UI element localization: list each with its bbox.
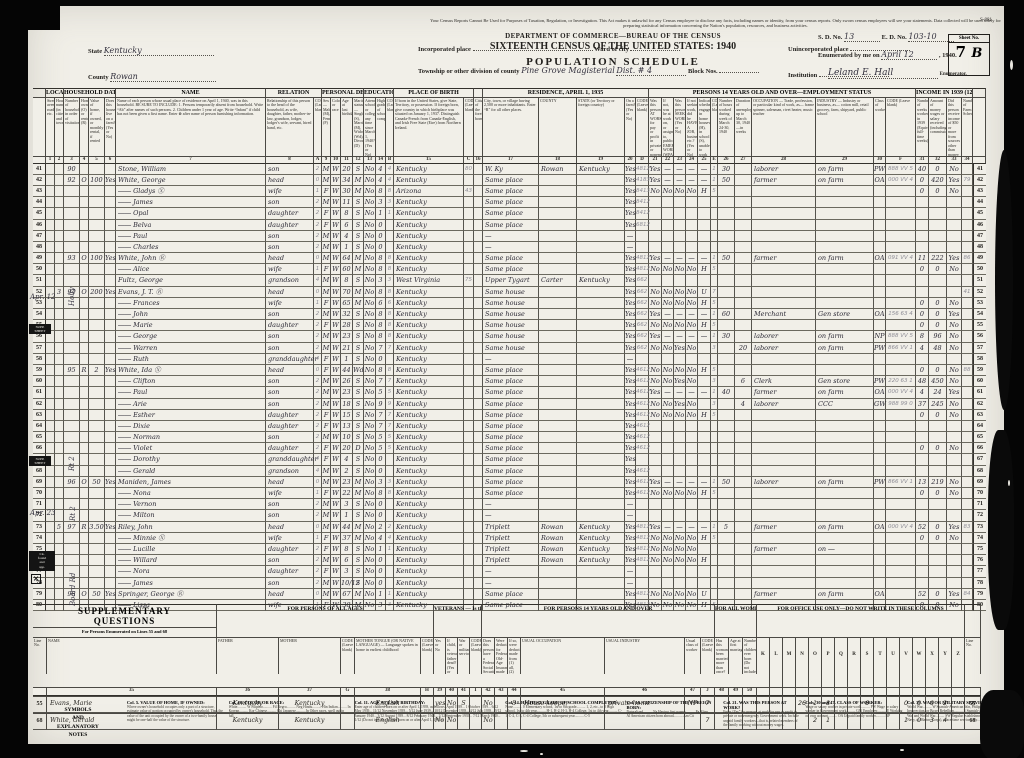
table-row: 65―― Normanson2MW10SNo55KentuckySame pla… [33,432,999,443]
cell [55,387,64,398]
cell: Triplett [483,555,539,566]
cell: 48 [929,343,947,354]
cell: 4 [376,175,386,186]
cell: S [353,544,364,555]
cell: Yes [105,253,116,264]
cell: 8 [376,287,386,298]
supp-column-head: FATHER [217,637,279,674]
cell: 30 [341,186,353,197]
table-row: 52394O200YesEvans, J. T. Ⓡhead0MW70MNo88… [33,287,999,298]
cell [735,220,752,231]
cell: 3 [711,343,718,354]
cell [874,555,886,566]
cell [464,544,474,555]
cell [80,410,89,421]
cell [962,208,973,219]
cell [105,555,116,566]
cell [474,533,483,544]
sheet-number-box: Sheet No. 7 B [948,34,990,76]
enumerator-signature: Leland E. Hall [828,68,938,79]
cell: farmer [752,387,816,398]
cell [55,454,64,465]
cell: W [331,208,341,219]
cell [539,432,577,443]
cell: 1 [341,510,353,521]
cell: 0 [916,175,929,186]
cell [711,432,718,443]
cell [698,275,711,286]
cell [962,264,973,275]
cell [105,454,116,465]
supp-column-head: X [926,637,939,687]
column-number: 18 [539,156,577,164]
cell: No [674,488,686,499]
cell: S [353,432,364,443]
table-row: 53―― Franceswife1FW65MNo66KentuckySame h… [33,298,999,309]
line-number: 50 [973,264,986,275]
cell: on farm [816,164,874,175]
scan-border-left [0,0,28,758]
cell [916,208,929,219]
cell: Yes [649,522,662,533]
cell [474,477,483,488]
cell [929,566,947,577]
cell [89,578,105,589]
cell: 21 [341,343,353,354]
cell: — [662,164,674,175]
cell: Same house [483,343,539,354]
cell: Same place [483,387,539,398]
cell [662,275,674,286]
column-subhead: Was this person SEEKING WORK? (Yes or No… [674,97,686,156]
cell [80,387,89,398]
cell [735,331,752,342]
line-number: 55 [973,320,986,331]
cell [539,242,577,253]
cell: 4812 [636,164,649,175]
supp-column-head: Z [952,637,965,687]
cell: M [353,477,364,488]
cell: — [662,253,674,264]
cell: F [322,365,331,376]
cell [962,432,973,443]
cell: 0 [929,320,947,331]
cell: 5 [718,522,735,533]
cell: daughter [266,544,314,555]
cell [464,410,474,421]
cell: No [364,231,376,242]
cell: No [364,343,376,354]
cell [64,544,80,555]
column-number: 10 [331,156,341,164]
scan-blot-3 [980,690,1024,758]
cell: 96 [929,331,947,342]
cell [577,331,625,342]
cell: Yes [625,175,636,186]
cell [874,578,886,589]
column-group-label: NAME [116,88,266,97]
cell: son [266,343,314,354]
cell [55,175,64,186]
line-number: 74 [973,533,986,544]
cell: Yes [625,432,636,443]
column-number: 26 [718,156,735,164]
cell: 0 [314,589,322,600]
cell [464,432,474,443]
cell [55,589,64,600]
cell [64,264,80,275]
cell [89,298,105,309]
cell [386,231,394,242]
cell [539,387,577,398]
cell [752,578,816,589]
cell: 0 [916,186,929,197]
cell: 7 [386,410,394,421]
cell: 0 [916,264,929,275]
supp-column-head: CODE (Leave blank) [470,637,482,674]
column-number: 19 [577,156,625,164]
cell: H [698,186,711,197]
cell: Kentucky [394,578,464,589]
cell: White, George [116,175,266,186]
cell: 662 [636,298,649,309]
cell: M [322,510,331,521]
cell: 5 [711,264,718,275]
cell [686,432,698,443]
cell [886,499,916,510]
cell [46,197,55,208]
cell: 2 [89,365,105,376]
column-subhead: Street, avenue, road, etc. [46,97,55,156]
cell: S [353,399,364,410]
cell: ―― Arie [116,399,266,410]
column-number: 31 [916,156,929,164]
cell: — [686,331,698,342]
cell [735,578,752,589]
cell: No [674,298,686,309]
column-number: 16 [474,156,483,164]
banner-women: FOR ALL WOMEN WHO ARE OR HAVE BEEN MARRI… [715,604,757,637]
cell: 0 [314,477,322,488]
cell: 4612 [636,410,649,421]
cell [916,220,929,231]
cell: No [662,343,674,354]
cell: 0 [314,287,322,298]
cell [80,488,89,499]
cell: Carter [539,275,577,286]
cell: 2 [341,466,353,477]
cell: 000 VV 4 [886,387,916,398]
cell: 4812 [636,253,649,264]
cell: — [483,231,539,242]
cell: 13 [341,421,353,432]
column-number: 1 [46,156,55,164]
cell [577,365,625,376]
county-value: Rowan [110,72,216,82]
cell [464,231,474,242]
cell [698,566,711,577]
cell: 5 [376,443,386,454]
cell [947,544,962,555]
cell [55,242,64,253]
cell: ―― Dorothy [116,454,266,465]
cell [539,331,577,342]
cell [474,488,483,499]
cell: farmer [752,544,816,555]
cell [735,309,752,320]
cell: 1 [711,164,718,175]
table-row: 77―― Noradaughter2FW3SNo0Kentucky——77 [33,566,999,577]
cell: 4 [314,275,322,286]
cell [55,298,64,309]
column-subhead: If not, was he at work on, or assigned t… [662,97,674,156]
cell [916,231,929,242]
cell [80,186,89,197]
cell [636,566,649,577]
cell [662,578,674,589]
supp-column-head: Number of children ever born (Do not inc… [743,637,757,674]
cell [539,466,577,477]
cell: Yes [625,410,636,421]
cell: Yes [625,387,636,398]
cell [711,208,718,219]
cell [649,454,662,465]
cell: ―― Willard [116,555,266,566]
cell: 4 [376,164,386,175]
cell: No [947,365,962,376]
line-number: 56 [973,331,986,342]
cell [577,220,625,231]
cell [916,275,929,286]
cell [886,533,916,544]
cell [464,499,474,510]
cell [64,533,80,544]
cell [64,399,80,410]
cell [474,410,483,421]
cell: No [364,533,376,544]
cell: Yes [625,477,636,488]
cell: O [80,253,89,264]
cell [474,432,483,443]
cell: No [364,432,376,443]
cell: Kentucky [394,208,464,219]
cell [46,387,55,398]
supp-column-head: V [900,637,913,687]
cell: S [353,354,364,365]
cell: — [698,175,711,186]
cell [698,376,711,387]
cell: S [353,466,364,477]
cell: Same house [483,309,539,320]
cell [105,220,116,231]
cell: No [364,331,376,342]
line-number: 49 [973,253,986,264]
cell: M [322,499,331,510]
cell [735,242,752,253]
cell: No [649,589,662,600]
supp-column-head: L [770,637,783,687]
cell: No [674,365,686,376]
cell: No [364,443,376,454]
cell: F [322,186,331,197]
cell: Kentucky [394,555,464,566]
cell [874,242,886,253]
cell [89,432,105,443]
cell [80,197,89,208]
cell: OA [874,175,886,186]
cell: F [322,421,331,432]
cell [886,410,916,421]
column-number: 11 [341,156,353,164]
cell [55,376,64,387]
cell [816,264,874,275]
cell [816,320,874,331]
cell: Yes [674,343,686,354]
cell: M [322,175,331,186]
supp-column-head: War or military service [458,637,470,674]
cell: W [331,510,341,521]
cell [962,186,973,197]
cell [105,421,116,432]
column-subhead: If not seeking work, did he HAVE A JOB, … [686,97,698,156]
cell: 7 [376,421,386,432]
table-row: 66―― Violetdaughter2FW20DNo55KentuckySam… [33,443,999,454]
cell [929,555,947,566]
cell: — [483,566,539,577]
cell: Kentucky [394,432,464,443]
cell [752,220,816,231]
cell: 000 VV 4 [886,175,916,186]
cell [577,499,625,510]
cell: Kentucky [394,488,464,499]
cell: Rowan [539,555,577,566]
cell: No [686,343,698,354]
cell [947,499,962,510]
cell: 0 [314,253,322,264]
cell [80,544,89,555]
cell [539,208,577,219]
cell: 22 [341,488,353,499]
cell [916,499,929,510]
cell: 5 [711,186,718,197]
cell: No [649,298,662,309]
column-subhead: Did this person receive income of $50 or… [947,97,962,156]
cell [649,566,662,577]
cell [947,220,962,231]
cell [89,309,105,320]
cell: 8 [916,331,929,342]
cell [55,186,64,197]
cell: W [331,522,341,533]
supp-column-head: K [757,637,770,687]
line-number: 42 [973,175,986,186]
cell [886,220,916,231]
cell: 50 [89,477,105,488]
cell [539,365,577,376]
cell: No [947,488,962,499]
cell: 2 [314,387,322,398]
cell: — [674,477,686,488]
table-row: 78―― Jamesson2MW10/12SNo0Kentucky——78 [33,578,999,589]
cell: son [266,331,314,342]
cell [698,466,711,477]
cell: 0 [376,555,386,566]
cell: 0 [376,242,386,253]
cell [929,578,947,589]
cell: daughter [266,443,314,454]
cell [874,197,886,208]
cell: farmer [752,175,816,186]
cell: 5 [386,443,394,454]
cell [886,432,916,443]
cell: Kentucky [394,331,464,342]
cell [718,242,735,253]
cell: Same place [483,477,539,488]
privacy-notice: Your Census Reports Cannot Be Used for P… [428,18,1003,29]
cell [752,208,816,219]
cell: Kentucky [394,231,464,242]
cell: Triplett [483,533,539,544]
cell [752,488,816,499]
cell [752,454,816,465]
cell [105,399,116,410]
column-number-row: 12345678A91011121314B15C1617181920D21222… [33,156,999,164]
cell: Yes [947,175,962,186]
cell [539,320,577,331]
cell: OA [874,387,886,398]
cell: S [353,499,364,510]
line-number: 48 [973,242,986,253]
cell: 4812 [636,533,649,544]
supp-column-head: NAME [47,637,217,674]
cell: ―― Dixie [116,421,266,432]
cell [711,242,718,253]
cell: Yes [625,421,636,432]
cell: ―― Charles [116,242,266,253]
cell: S [353,454,364,465]
cell [105,488,116,499]
cell: OA [874,522,886,533]
cell: 8 [386,488,394,499]
line-number: 50 [33,264,46,275]
cell [662,354,674,365]
cell [816,578,874,589]
cell: No [674,544,686,555]
cell [577,432,625,443]
cell: 4 [341,454,353,465]
cell: on farm [816,175,874,186]
cell [539,488,577,499]
cell [80,555,89,566]
cell [105,510,116,521]
column-number: A [314,156,322,164]
cell: 8412 [636,197,649,208]
cell: — [674,175,686,186]
cell: — [625,499,636,510]
column-number: 17 [483,156,539,164]
cell [539,197,577,208]
cell [577,320,625,331]
enumerated-field: Enumerated by me on April 12 , 1940. [818,50,957,60]
cell [718,264,735,275]
cell: 5 [386,432,394,443]
cell [662,566,674,577]
line-number: 70 [973,488,986,499]
line-number: 57 [33,343,46,354]
cell [46,220,55,231]
cell: 4612 [636,466,649,477]
cell: No [364,555,376,566]
